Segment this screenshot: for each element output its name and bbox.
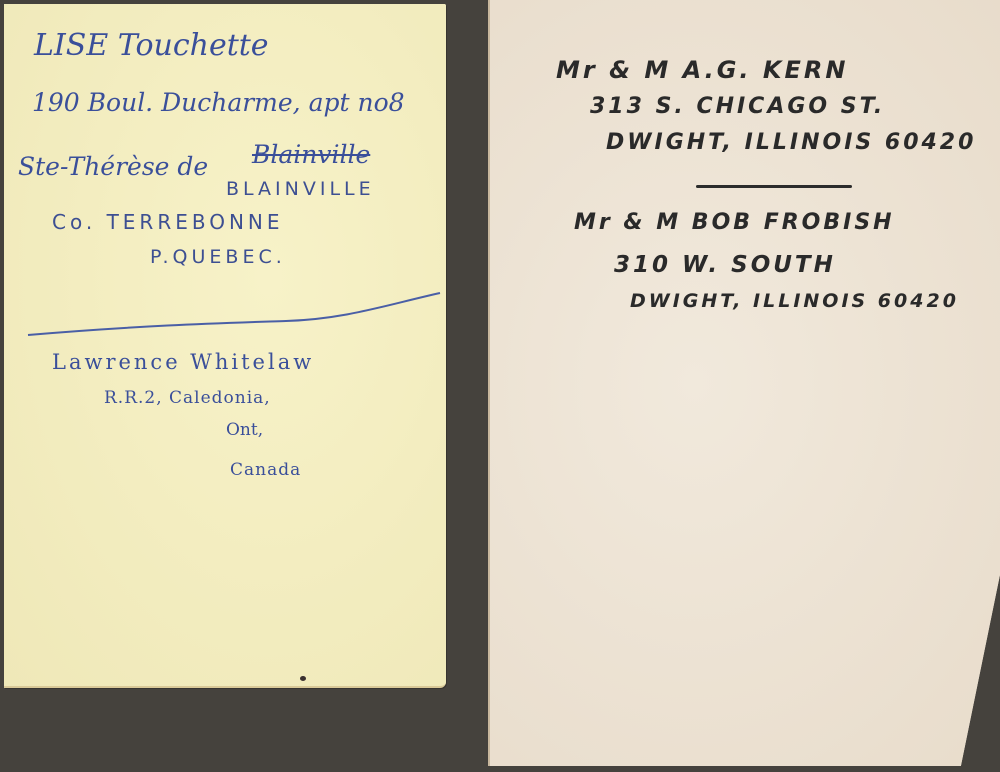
kern-name: Mr & M A.G. KERN (556, 56, 848, 84)
lawrence-province: Ont, (226, 420, 263, 440)
frobish-city: DWIGHT, ILLINOIS 60420 (630, 290, 959, 312)
lise-province: P.QUEBEC. (150, 246, 286, 268)
lawrence-country: Canada (230, 460, 301, 480)
lawrence-name: Lawrence Whitelaw (52, 350, 314, 374)
straight-divider-line (696, 185, 852, 188)
frobish-street: 310 W. SOUTH (614, 252, 836, 278)
lise-city-crossed-out: Blainville (252, 140, 370, 169)
wavy-divider-line (26, 285, 446, 345)
ink-smudge (300, 676, 306, 681)
kern-city: DWIGHT, ILLINOIS 60420 (606, 130, 976, 155)
lise-city-correction: BLAINVILLE (226, 178, 375, 200)
lawrence-route: R.R.2, Caledonia, (104, 388, 271, 408)
lise-city-prefix: Ste-Thérèse de (18, 152, 208, 181)
kern-street: 313 S. CHICAGO ST. (590, 94, 885, 119)
lise-county: Co. TERREBONNE (52, 210, 284, 234)
frobish-name: Mr & M BOB FROBISH (574, 210, 895, 235)
lise-name: LISE Touchette (34, 28, 269, 63)
lise-street: 190 Boul. Ducharme, apt no8 (32, 88, 405, 117)
